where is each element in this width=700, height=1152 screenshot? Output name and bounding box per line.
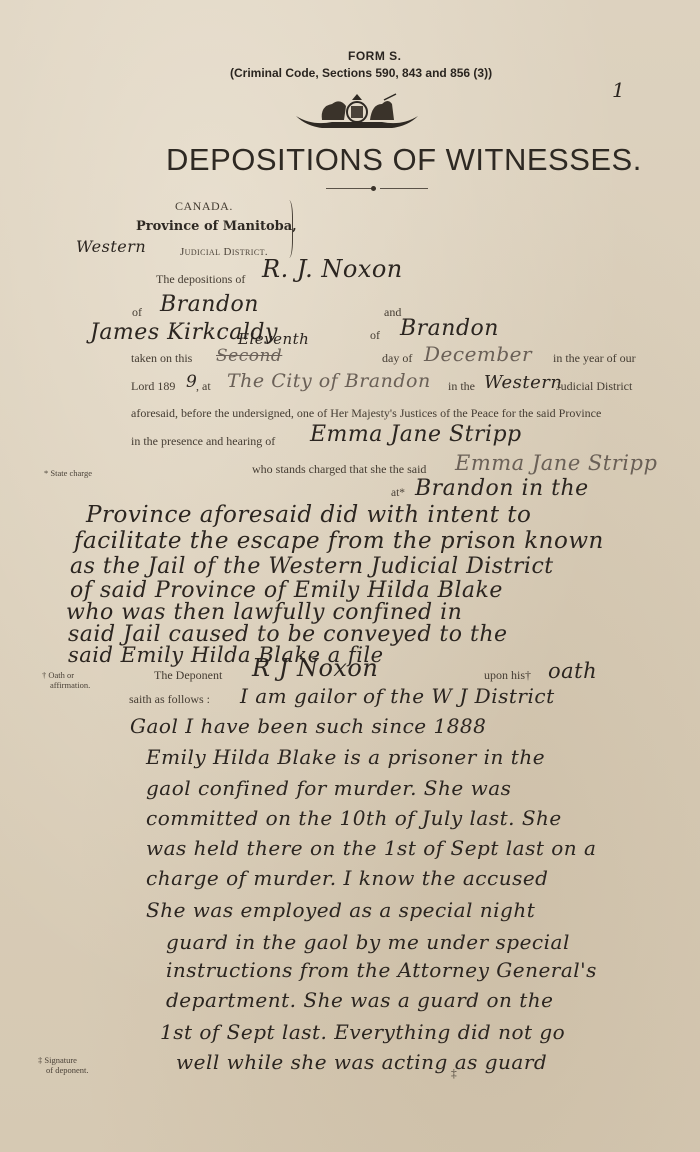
ornament-rule-right	[380, 188, 428, 189]
document-title: DEPOSITIONS OF WITNESSES.	[166, 142, 642, 178]
in-the-label: in the	[448, 379, 475, 394]
statement-line[interactable]: I am gailor of the W J District	[240, 684, 555, 708]
depositions-of-label: The depositions of	[156, 272, 245, 287]
of-label-1: of	[132, 305, 142, 320]
year-of-label: in the year of our	[553, 351, 636, 366]
statement-line[interactable]: committed on the 10th of July last. She	[146, 806, 562, 830]
statement-line[interactable]: charge of murder. I know the accused	[146, 866, 548, 890]
signature-mark: ‡	[451, 1068, 457, 1080]
judicial-district-label: Judicial District.	[180, 246, 268, 258]
statement-line[interactable]: She was employed as a special night	[146, 898, 535, 922]
statement-line[interactable]: Gaol I have been such since 1888	[130, 714, 486, 738]
place-field[interactable]: The City of Brandon	[227, 370, 431, 392]
page-number: 1	[612, 78, 625, 102]
state-charge-note: * State charge	[44, 468, 92, 478]
accused-field[interactable]: Emma Jane Stripp	[310, 422, 522, 447]
accused-repeat-field[interactable]: Emma Jane Stripp	[455, 451, 657, 475]
ornament-rule-left	[326, 188, 376, 189]
statement-line[interactable]: guard in the gaol by me under special	[166, 930, 570, 954]
statement-line[interactable]: Emily Hilda Blake is a prisoner in the	[146, 745, 545, 769]
country-label: CANADA.	[175, 199, 233, 214]
ornament-dot	[371, 186, 376, 191]
day-of-label: day of	[382, 351, 412, 366]
month-field[interactable]: December	[424, 342, 532, 366]
day-struck: Second	[216, 346, 282, 366]
statement-line[interactable]: was held there on the 1st of Sept last o…	[146, 836, 596, 860]
lord-label: Lord 189	[131, 379, 175, 394]
deponent-1-field[interactable]: R. J. Noxon	[262, 255, 403, 283]
province-label: Province of Manitoba,	[136, 219, 297, 234]
district-field[interactable]: Western	[484, 372, 563, 393]
residence-1-field[interactable]: Brandon	[160, 292, 259, 317]
presence-label: in the presence and hearing of	[131, 434, 275, 449]
coat-of-arms-icon	[292, 92, 422, 132]
charge-line[interactable]: Province aforesaid did with intent to	[86, 502, 531, 528]
deponent-name-field[interactable]: R J Noxon	[252, 654, 378, 682]
upon-his-label: upon his†	[484, 668, 531, 683]
aforesaid-text: aforesaid, before the undersigned, one o…	[131, 406, 601, 421]
code-reference: (Criminal Code, Sections 590, 843 and 85…	[230, 66, 492, 80]
taken-on-label: taken on this	[131, 351, 192, 366]
charge-place-field[interactable]: Brandon in the	[415, 476, 589, 501]
district-handwritten: Western	[76, 237, 146, 256]
signature-note-2: of deponent.	[46, 1065, 89, 1075]
document-page: 1 FORM S. (Criminal Code, Sections 590, …	[0, 0, 700, 1152]
saith-label: saith as follows :	[129, 692, 210, 707]
charged-label: who stands charged that she the said	[252, 462, 426, 477]
oath-field[interactable]: oath	[548, 659, 597, 683]
charge-line[interactable]: as the Jail of the Western Judicial Dist…	[70, 554, 554, 579]
deponent-label: The Deponent	[154, 668, 222, 683]
signature-note-1: ‡ Signature	[38, 1055, 77, 1065]
of-label-2: of	[370, 328, 380, 343]
statement-line[interactable]: instructions from the Attorney General's	[166, 958, 597, 982]
form-label: FORM S.	[348, 49, 402, 63]
statement-line[interactable]: 1st of Sept last. Everything did not go	[160, 1020, 565, 1044]
oath-note-2: affirmation.	[50, 680, 90, 690]
jurisdiction-bracket	[280, 200, 293, 258]
at-star-label: at*	[391, 487, 405, 499]
judicial-district-text: Judicial District	[556, 379, 632, 394]
oath-note-1: † Oath or	[42, 670, 74, 680]
and-label: and	[384, 305, 401, 320]
at-label: , at	[196, 379, 211, 394]
residence-2-field[interactable]: Brandon	[400, 316, 499, 341]
day-field[interactable]: Eleventh	[238, 330, 309, 348]
charge-line[interactable]: facilitate the escape from the prison kn…	[74, 528, 604, 554]
statement-line[interactable]: gaol confined for murder. She was	[146, 776, 511, 800]
statement-line[interactable]: department. She was a guard on the	[166, 988, 553, 1012]
statement-line[interactable]: well while she was acting as guard	[176, 1050, 547, 1074]
